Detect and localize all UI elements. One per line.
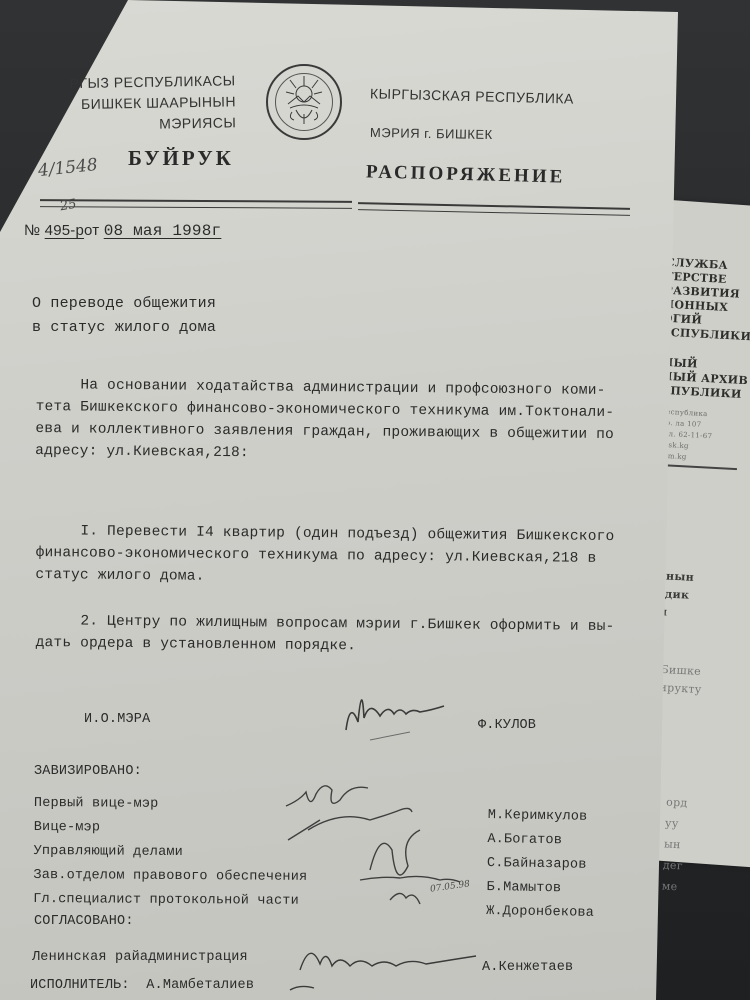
- handwritten-small-number: 25: [59, 197, 78, 215]
- agreed-position: Ленинская райадминистрация: [32, 950, 248, 965]
- visa-position: Гл.специалист протокольной части: [33, 888, 307, 914]
- order-item-2: 2. Центру по жилищным вопросам мэрии г.Б…: [36, 610, 615, 660]
- executor-line: ИСПОЛНИТЕЛЬ: А.Мамбеталиев: [30, 978, 254, 993]
- document-number-line: № 495-рот 08 мая 1998г____: [24, 222, 256, 240]
- visa-position: Первый вице-мэр: [34, 792, 308, 818]
- preamble-paragraph: На основании ходатайства администрации и…: [35, 374, 614, 468]
- visa-position: Зав.отделом правового обеспечения: [33, 864, 307, 890]
- subject: О переводе общежитияв статус жилого дома: [32, 292, 216, 340]
- signatory-name: Ф.КУЛОВ: [478, 718, 536, 733]
- document-number: 495-р: [45, 222, 84, 239]
- order-item-1: I. Перевести I4 квартир (один подъезд) о…: [35, 520, 614, 592]
- document-date: 08 мая 1998г: [104, 222, 222, 240]
- title-buiruk: БУЙРУК: [128, 146, 234, 171]
- back-sheet-lower: Бишке ирукту: [659, 661, 703, 699]
- visa-name: А.Богатов: [487, 828, 595, 854]
- header-left-kyrgyz: РГЫЗ РЕСПУБЛИКАСЫ БИШКЕК ШААРЫНЫН МЭРИЯС…: [39, 70, 236, 136]
- visas-names: М.КеримкуловА.БогатовС.БайназаровБ.Мамыт…: [486, 804, 596, 926]
- executor-label: ИСПОЛНИТЕЛЬ:: [30, 978, 130, 993]
- visa-position: Управляющий делами: [33, 840, 307, 866]
- visas-positions: Первый вице-мэрВице-мэрУправляющий делам…: [33, 792, 308, 914]
- visa-name: С.Байназаров: [487, 852, 595, 878]
- visa-position: Вице-мэр: [34, 816, 308, 842]
- visas-heading: ЗАВИЗИРОВАНО:: [34, 764, 142, 779]
- header-right-line2: МЭРИЯ г. БИШКЕК: [370, 125, 493, 142]
- visa-name: Ж.Доронбекова: [486, 900, 594, 926]
- header-left-line3: МЭРИЯСЫ: [40, 112, 236, 136]
- signatory-position: И.О.МЭРА: [84, 712, 150, 727]
- state-emblem-icon: [266, 64, 342, 140]
- agreed-heading: СОГЛАСОВАНО:: [34, 914, 134, 929]
- executor-name: А.Мамбеталиев: [146, 978, 254, 993]
- back-sheet-header: СЛУЖБА ТЕРСТВЕ РАЗВИТИЯ ИОННЫХ ОГИЙ ЕСПУ…: [662, 256, 750, 345]
- visa-name: М.Керимкулов: [488, 804, 596, 830]
- visa-name: Б.Мамытов: [486, 876, 594, 902]
- back-sheet-archive: НЫЙ НЫЙ АРХИВ СПУБЛИКИ: [661, 356, 749, 402]
